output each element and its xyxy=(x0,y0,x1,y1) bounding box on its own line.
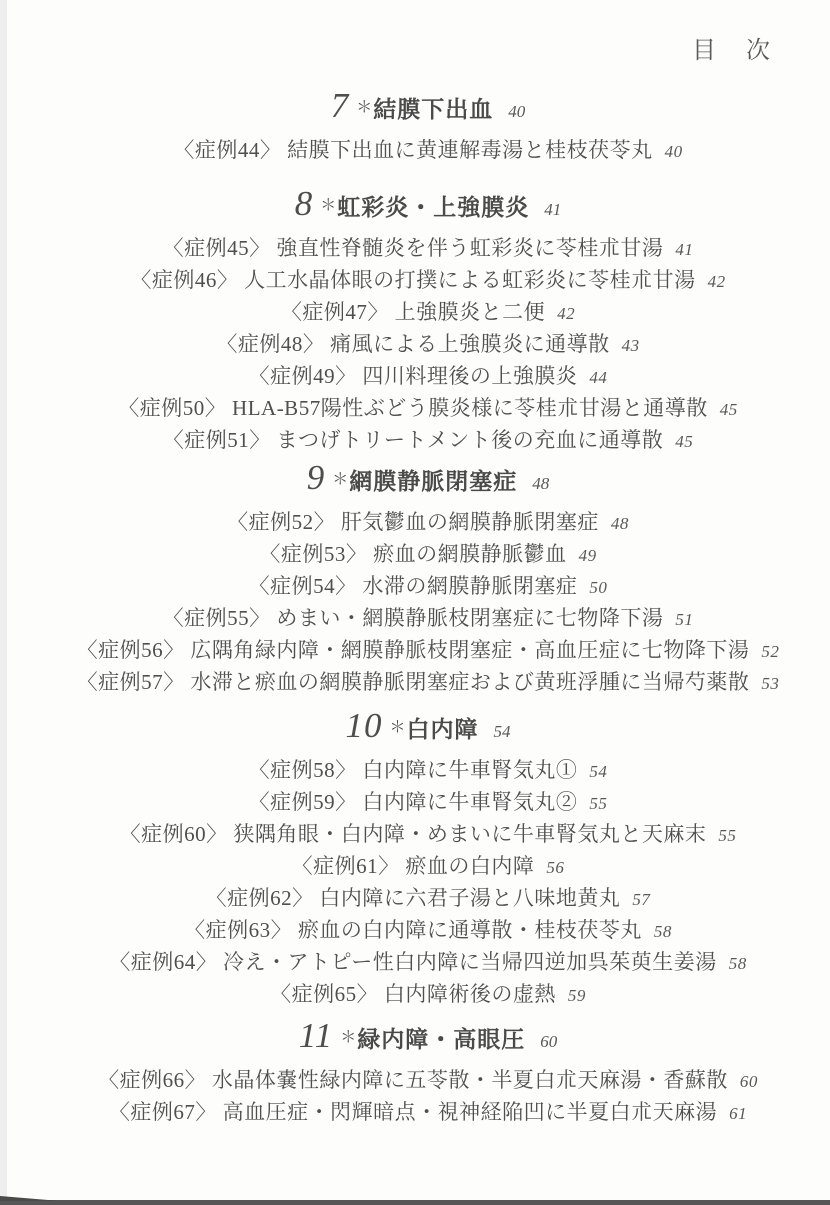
section-number: 7 xyxy=(331,86,350,125)
section-number: 10 xyxy=(345,706,382,745)
entry-text: 〈症例66〉 水晶体嚢性緑内障に五苓散・半夏白朮天麻湯・香蘇散 xyxy=(98,1068,728,1092)
entry-text: 〈症例65〉 白内障術後の虚熱 xyxy=(270,982,556,1006)
toc-entry: 〈症例55〉 めまい・網膜静脈枝閉塞症に七物降下湯51 xyxy=(26,603,830,635)
entry-text: 〈症例49〉 四川料理後の上強膜炎 xyxy=(249,364,578,388)
toc-entry: 〈症例65〉 白内障術後の虚熱59 xyxy=(26,979,830,1011)
section-heading: 11＊緑内障・高眼圧60 xyxy=(26,1016,830,1063)
toc-entry: 〈症例54〉 水滞の網膜静脈閉塞症50 xyxy=(26,571,830,603)
toc-entry: 〈症例66〉 水晶体嚢性緑内障に五苓散・半夏白朮天麻湯・香蘇散60 xyxy=(26,1065,830,1097)
page-title: 目 次 xyxy=(692,30,773,65)
toc-entry: 〈症例59〉 白内障に牛車腎気丸②55 xyxy=(26,787,830,819)
entry-page-number: 58 xyxy=(729,954,747,973)
section-page-number: 40 xyxy=(508,102,525,121)
toc-entry: 〈症例63〉 瘀血の白内障に通導散・桂枝茯苓丸58 xyxy=(26,915,830,947)
entry-page-number: 56 xyxy=(546,858,564,877)
entry-text: 〈症例46〉 人工水晶体眼の打撲による虹彩炎に苓桂朮甘湯 xyxy=(130,268,695,292)
toc-section: 8＊虹彩炎・上強膜炎41 〈症例45〉 強直性脊髄炎を伴う虹彩炎に苓桂朮甘湯41… xyxy=(0,184,830,457)
entry-text: 〈症例55〉 めまい・網膜静脈枝閉塞症に七物降下湯 xyxy=(163,606,664,630)
entry-page-number: 53 xyxy=(761,674,779,693)
section-title: 緑内障・高眼圧 xyxy=(357,1026,525,1052)
toc-entry: 〈症例64〉 冷え・アトピー性白内障に当帰四逆加呉茱萸生姜湯58 xyxy=(26,947,830,979)
entry-text: 〈症例51〉 まつげトリートメント後の充血に通導散 xyxy=(163,428,664,452)
toc-entry: 〈症例67〉 高血圧症・閃輝暗点・視神経陥凹に半夏白朮天麻湯61 xyxy=(26,1097,830,1129)
toc-entry: 〈症例61〉 瘀血の白内障56 xyxy=(26,851,830,883)
entry-page-number: 59 xyxy=(568,986,586,1005)
entry-page-number: 58 xyxy=(654,922,672,941)
toc-section: 7＊結膜下出血40 〈症例44〉 結膜下出血に黄連解毒湯と桂枝茯苓丸40 xyxy=(0,86,830,167)
toc-entry: 〈症例52〉 肝気鬱血の網膜静脈閉塞症48 xyxy=(26,507,830,539)
entry-page-number: 60 xyxy=(740,1072,758,1091)
section-title: 網膜静脈閉塞症 xyxy=(349,468,517,494)
entry-text: 〈症例47〉 上強膜炎と二便 xyxy=(281,300,545,324)
entry-text: 〈症例52〉 肝気鬱血の網膜静脈閉塞症 xyxy=(227,510,599,534)
section-heading: 7＊結膜下出血40 xyxy=(26,86,830,133)
entry-text: 〈症例54〉 水滞の網膜静脈閉塞症 xyxy=(249,574,578,598)
entry-text: 〈症例50〉 HLA-B57陽性ぶどう膜炎様に苓桂朮甘湯と通導散 xyxy=(118,396,707,420)
entry-text: 〈症例48〉 痛風による上強膜炎に通導散 xyxy=(216,332,609,356)
entry-page-number: 45 xyxy=(720,400,738,419)
entry-page-number: 41 xyxy=(675,240,693,259)
entry-page-number: 49 xyxy=(579,546,597,565)
asterisk-separator: ＊ xyxy=(320,197,336,214)
entry-text: 〈症例57〉 水滞と瘀血の網膜静脈閉塞症および黄班浮腫に当帰芍薬散 xyxy=(77,670,750,694)
asterisk-separator: ＊ xyxy=(356,99,372,116)
entry-page-number: 42 xyxy=(708,272,726,291)
entry-text: 〈症例62〉 白内障に六君子湯と八味地黄丸 xyxy=(206,886,621,910)
toc-entry: 〈症例47〉 上強膜炎と二便42 xyxy=(26,297,830,329)
toc-entry: 〈症例51〉 まつげトリートメント後の充血に通導散45 xyxy=(26,425,830,457)
entry-page-number: 42 xyxy=(557,304,575,323)
entry-page-number: 48 xyxy=(611,514,629,533)
scan-edge-bottom xyxy=(0,1200,830,1205)
toc-entry: 〈症例57〉 水滞と瘀血の網膜静脈閉塞症および黄班浮腫に当帰芍薬散53 xyxy=(26,667,830,699)
asterisk-separator: ＊ xyxy=(332,471,348,488)
entry-text: 〈症例60〉 狭隅角眼・白内障・めまいに牛車腎気丸と天麻末 xyxy=(120,822,707,846)
toc-entry: 〈症例46〉 人工水晶体眼の打撲による虹彩炎に苓桂朮甘湯42 xyxy=(26,265,830,297)
entry-page-number: 44 xyxy=(589,368,607,387)
toc-entry: 〈症例53〉 瘀血の網膜静脈鬱血49 xyxy=(26,539,830,571)
section-heading: 9＊網膜静脈閉塞症48 xyxy=(26,458,830,505)
entry-text: 〈症例53〉 瘀血の網膜静脈鬱血 xyxy=(259,542,566,566)
section-page-number: 54 xyxy=(494,722,511,741)
entry-text: 〈症例56〉 広隅角緑内障・網膜静脈枝閉塞症・高血圧症に七物降下湯 xyxy=(77,638,750,662)
entry-text: 〈症例67〉 高血圧症・閃輝暗点・視神経陥凹に半夏白朮天麻湯 xyxy=(109,1100,717,1124)
asterisk-separator: ＊ xyxy=(389,719,405,736)
section-number: 11 xyxy=(299,1016,333,1055)
entry-page-number: 50 xyxy=(589,578,607,597)
entry-page-number: 51 xyxy=(675,610,693,629)
entry-text: 〈症例61〉 瘀血の白内障 xyxy=(292,854,535,878)
entry-text: 〈症例63〉 瘀血の白内障に通導散・桂枝茯苓丸 xyxy=(184,918,642,942)
entry-page-number: 45 xyxy=(675,432,693,451)
toc-entry: 〈症例60〉 狭隅角眼・白内障・めまいに牛車腎気丸と天麻末55 xyxy=(26,819,830,851)
entry-page-number: 57 xyxy=(632,890,650,909)
section-page-number: 41 xyxy=(544,200,561,219)
entry-page-number: 43 xyxy=(622,336,640,355)
entry-text: 〈症例64〉 冷え・アトピー性白内障に当帰四逆加呉茱萸生姜湯 xyxy=(109,950,716,974)
entry-text: 〈症例44〉 結膜下出血に黄連解毒湯と桂枝茯苓丸 xyxy=(173,138,652,162)
toc-entry: 〈症例49〉 四川料理後の上強膜炎44 xyxy=(26,361,830,393)
entry-page-number: 40 xyxy=(665,142,683,161)
section-page-number: 48 xyxy=(532,474,549,493)
entry-page-number: 55 xyxy=(718,826,736,845)
entry-text: 〈症例58〉 白内障に牛車腎気丸① xyxy=(249,758,578,782)
toc-entry: 〈症例56〉 広隅角緑内障・網膜静脈枝閉塞症・高血圧症に七物降下湯52 xyxy=(26,635,830,667)
toc-entry: 〈症例44〉 結膜下出血に黄連解毒湯と桂枝茯苓丸40 xyxy=(26,135,830,167)
entry-page-number: 55 xyxy=(589,794,607,813)
scan-corner-shadow xyxy=(0,1196,60,1201)
section-heading: 8＊虹彩炎・上強膜炎41 xyxy=(26,184,830,231)
toc-section: 11＊緑内障・高眼圧60 〈症例66〉 水晶体嚢性緑内障に五苓散・半夏白朮天麻湯… xyxy=(0,1016,830,1129)
toc-section: 9＊網膜静脈閉塞症48 〈症例52〉 肝気鬱血の網膜静脈閉塞症48 〈症例53〉… xyxy=(0,458,830,699)
entry-page-number: 52 xyxy=(761,642,779,661)
asterisk-separator: ＊ xyxy=(340,1029,356,1046)
toc-section: 10＊白内障54 〈症例58〉 白内障に牛車腎気丸①54 〈症例59〉 白内障に… xyxy=(0,706,830,1011)
section-page-number: 60 xyxy=(540,1032,557,1051)
section-number: 8 xyxy=(295,184,314,223)
toc-entry: 〈症例48〉 痛風による上強膜炎に通導散43 xyxy=(26,329,830,361)
entry-text: 〈症例45〉 強直性脊髄炎を伴う虹彩炎に苓桂朮甘湯 xyxy=(163,236,664,260)
section-title: 白内障 xyxy=(407,716,479,742)
entry-text: 〈症例59〉 白内障に牛車腎気丸② xyxy=(249,790,578,814)
entry-page-number: 61 xyxy=(729,1104,747,1123)
toc-entry: 〈症例50〉 HLA-B57陽性ぶどう膜炎様に苓桂朮甘湯と通導散45 xyxy=(26,393,830,425)
toc-entry: 〈症例58〉 白内障に牛車腎気丸①54 xyxy=(26,755,830,787)
entry-page-number: 54 xyxy=(589,762,607,781)
section-heading: 10＊白内障54 xyxy=(26,706,830,753)
toc-entry: 〈症例45〉 強直性脊髄炎を伴う虹彩炎に苓桂朮甘湯41 xyxy=(26,233,830,265)
section-title: 結膜下出血 xyxy=(373,96,493,122)
toc-entry: 〈症例62〉 白内障に六君子湯と八味地黄丸57 xyxy=(26,883,830,915)
section-number: 9 xyxy=(307,458,326,497)
section-title: 虹彩炎・上強膜炎 xyxy=(337,194,529,220)
